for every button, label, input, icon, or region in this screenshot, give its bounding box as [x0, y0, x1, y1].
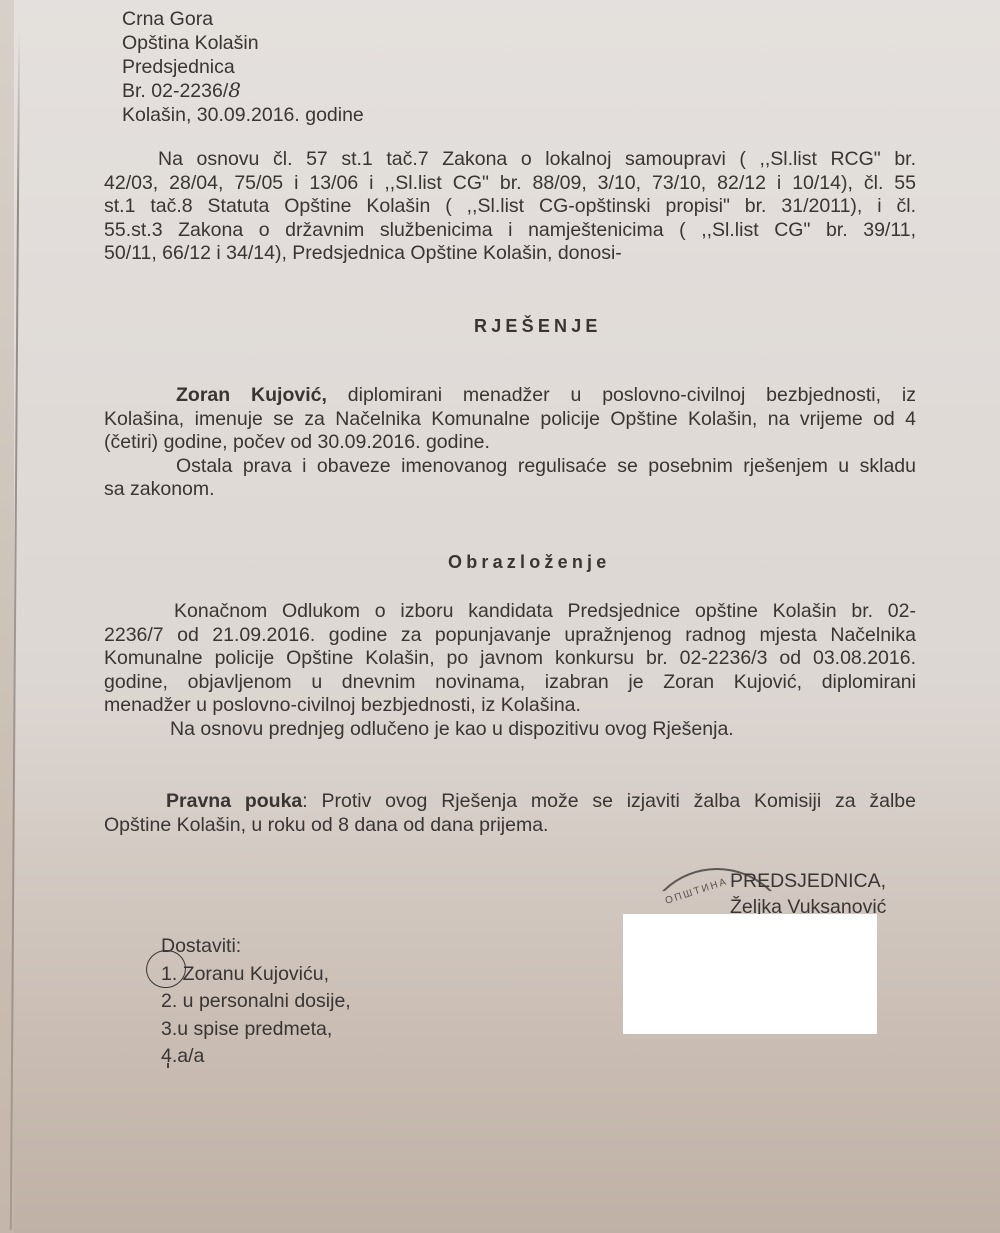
legal-remedy-line: : Protiv ovog Rješenja može se izjaviti …	[302, 790, 916, 812]
decision-line: Kolašina, imenuje se za Načelnika Komuna…	[104, 408, 916, 432]
header-reference: Br. 02-2236/8	[122, 79, 364, 104]
reference-number: Br. 02-2236/	[122, 80, 228, 102]
reasoning-title: Obrazloženje	[448, 552, 610, 573]
header-municipality: Opština Kolašin	[122, 32, 364, 56]
decision-line: Ostala prava i obaveze imenovanog reguli…	[176, 455, 916, 477]
reasoning-paragraph: Konačnom Odlukom o izboru kandidata Pred…	[104, 600, 916, 742]
distribution-item: 2. u personalni dosije,	[161, 988, 351, 1016]
signature-title: PREDSJEDNICA,	[730, 868, 886, 894]
header-place-date: Kolašin, 30.09.2016. godine	[122, 104, 364, 128]
reasoning-line: menadžer u poslovno-civilnoj bezbjednost…	[104, 694, 916, 718]
preamble-line: Na osnovu čl. 57 st.1 tač.7 Zakona o lok…	[158, 148, 916, 170]
reasoning-line: 2236/7 od 21.09.2016. godine za popunjav…	[104, 624, 916, 648]
distribution-list: Dostaviti: 1. Zoranu Kujoviću, 2. u pers…	[161, 933, 351, 1071]
distribution-item: 1. Zoranu Kujoviću,	[161, 961, 351, 989]
reasoning-line: Komunalne policije Opštine Kolašin, po j…	[104, 647, 916, 671]
appointee-name: Zoran Kujović,	[176, 384, 327, 406]
decision-line: diplomirani menadžer u poslovno-civilnoj…	[348, 384, 916, 406]
decision-line: (četiri) godine, počev od 30.09.2016. go…	[104, 431, 916, 455]
legal-remedy-label: Pravna pouka	[166, 790, 302, 812]
header-office: Predsjednica	[122, 56, 364, 80]
preamble-line: 50/11, 66/12 i 34/14), Predsjednica Opšt…	[104, 242, 916, 266]
reasoning-line: godine, objavljenom u dnevnim novinama, …	[104, 671, 916, 695]
reasoning-conclusion: Na osnovu prednjeg odlučeno je kao u dis…	[170, 718, 734, 740]
document-page: Crna Gora Opština Kolašin Predsjednica B…	[0, 0, 1000, 1233]
redaction-box	[623, 914, 877, 1034]
legal-remedy-paragraph: Pravna pouka: Protiv ovog Rješenja može …	[104, 790, 916, 837]
preamble-line: 42/03, 28/04, 75/05 i 13/06 i ,,Sl.list …	[104, 172, 916, 196]
preamble-line: 55.st.3 Zakona o državnim službenicima i…	[104, 219, 916, 243]
reference-handwritten-digit: 8	[228, 79, 241, 103]
signature-block: PREDSJEDNICA, Željka Vuksanović	[730, 868, 886, 920]
preamble-paragraph: Na osnovu čl. 57 st.1 tač.7 Zakona o lok…	[104, 148, 916, 266]
distribution-item: 4.a/a	[161, 1043, 351, 1071]
decision-title: RJEŠENJE	[474, 316, 602, 337]
preamble-line: st.1 tač.8 Statuta Opštine Kolašin ( ,,S…	[104, 195, 916, 219]
distribution-item: 3.u spise predmeta,	[161, 1016, 351, 1044]
decision-paragraph: Zoran Kujović, diplomirani menadžer u po…	[104, 384, 916, 502]
distribution-label: Dostaviti:	[161, 933, 351, 961]
header-country: Crna Gora	[122, 8, 364, 32]
document-header: Crna Gora Opština Kolašin Predsjednica B…	[122, 8, 364, 128]
reasoning-line: Konačnom Odlukom o izboru kandidata Pred…	[174, 600, 916, 622]
legal-remedy-line: Opštine Kolašin, u roku od 8 dana od dan…	[104, 814, 916, 838]
ink-speck	[167, 1063, 169, 1068]
decision-line: sa zakonom.	[104, 478, 916, 502]
